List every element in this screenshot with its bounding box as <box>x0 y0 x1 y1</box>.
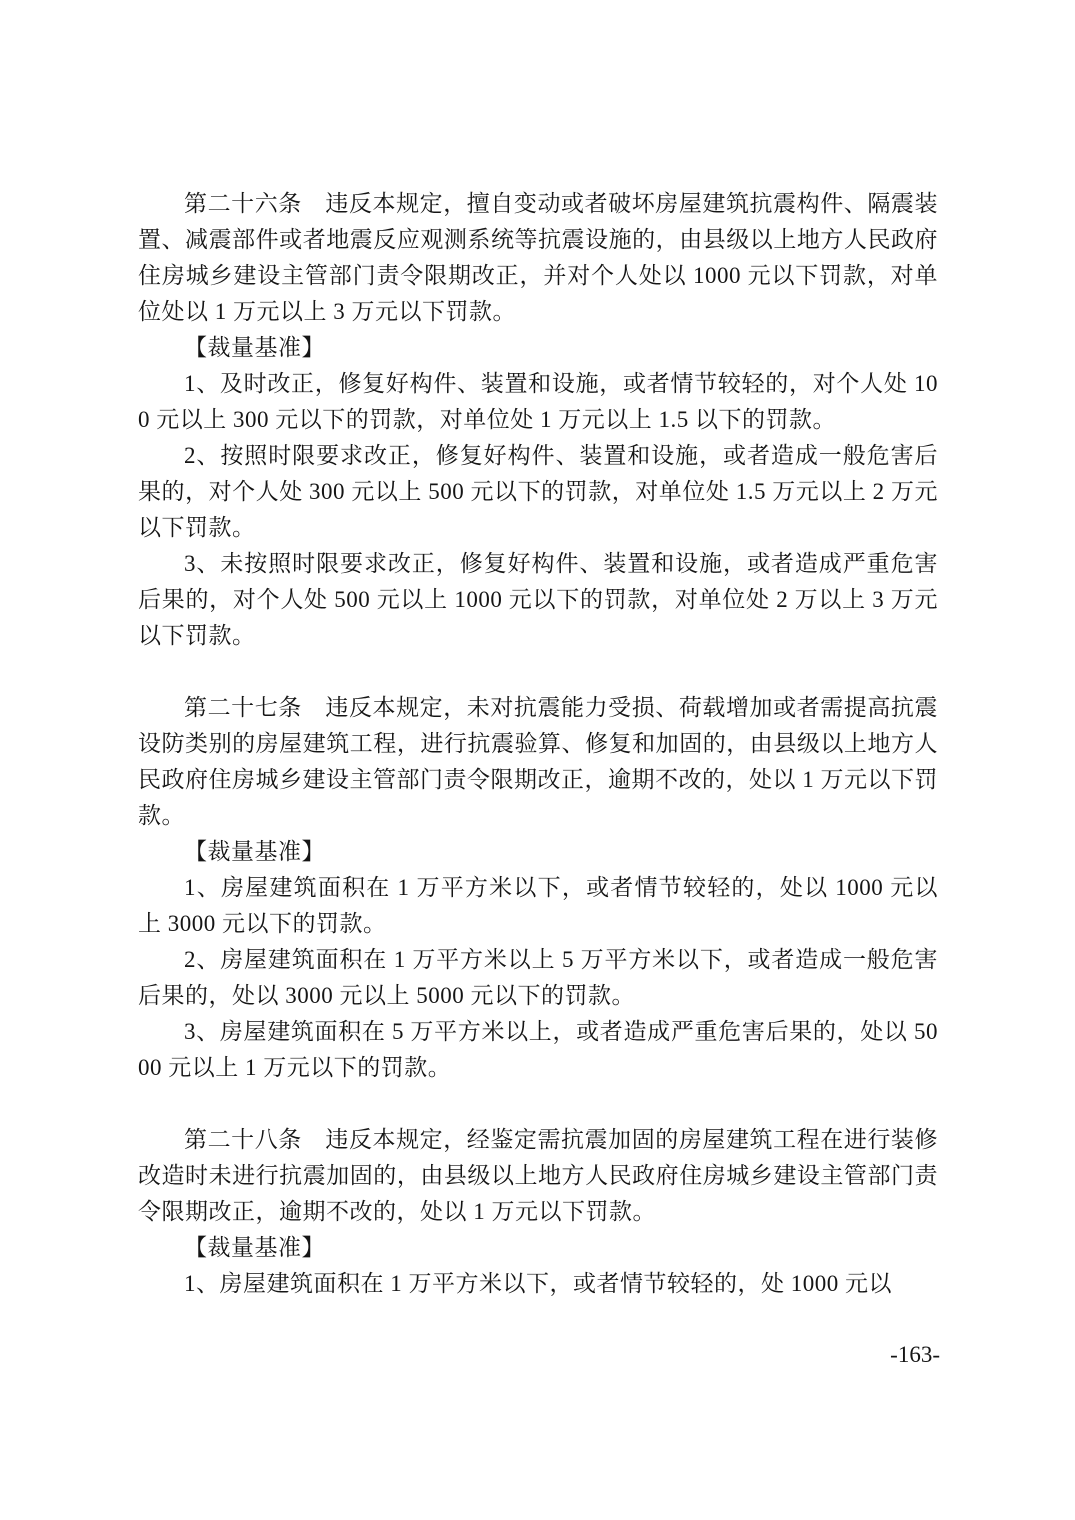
article-26-item-2: 2、按照时限要求改正，修复好构件、装置和设施，或者造成一般危害后果的，对个人处 … <box>138 438 938 546</box>
article-26-benchmark-heading: 【裁量基准】 <box>138 330 938 366</box>
article-26: 第二十六条 违反本规定，擅自变动或者破坏房屋建筑抗震构件、隔震装置、减震部件或者… <box>138 186 938 654</box>
article-26-item-1: 1、及时改正，修复好构件、装置和设施，或者情节较轻的，对个人处 100 元以上 … <box>138 366 938 438</box>
article-28-item-1-truncated: 1、房屋建筑面积在 1 万平方米以下，或者情节较轻的，处 1000 元以 <box>138 1266 938 1302</box>
document-page: 第二十六条 违反本规定，擅自变动或者破坏房屋建筑抗震构件、隔震装置、减震部件或者… <box>0 0 1075 1520</box>
article-28-body: 第二十八条 违反本规定，经鉴定需抗震加固的房屋建筑工程在进行装修改造时未进行抗震… <box>138 1122 938 1230</box>
article-27-item-3: 3、房屋建筑面积在 5 万平方米以上，或者造成严重危害后果的，处以 5000 元… <box>138 1014 938 1086</box>
article-26-body: 第二十六条 违反本规定，擅自变动或者破坏房屋建筑抗震构件、隔震装置、减震部件或者… <box>138 186 938 330</box>
page-content: 第二十六条 违反本规定，擅自变动或者破坏房屋建筑抗震构件、隔震装置、减震部件或者… <box>138 186 938 1302</box>
page-number: -163- <box>890 1340 940 1370</box>
article-26-item-3: 3、未按照时限要求改正，修复好构件、装置和设施，或者造成严重危害后果的，对个人处… <box>138 546 938 654</box>
article-27: 第二十七条 违反本规定，未对抗震能力受损、荷载增加或者需提高抗震设防类别的房屋建… <box>138 690 938 1086</box>
article-28-benchmark-heading: 【裁量基准】 <box>138 1230 938 1266</box>
article-27-benchmark-heading: 【裁量基准】 <box>138 834 938 870</box>
article-27-body: 第二十七条 违反本规定，未对抗震能力受损、荷载增加或者需提高抗震设防类别的房屋建… <box>138 690 938 834</box>
article-27-item-2: 2、房屋建筑面积在 1 万平方米以上 5 万平方米以下，或者造成一般危害后果的，… <box>138 942 938 1014</box>
article-27-item-1: 1、房屋建筑面积在 1 万平方米以下，或者情节较轻的，处以 1000 元以上 3… <box>138 870 938 942</box>
article-28: 第二十八条 违反本规定，经鉴定需抗震加固的房屋建筑工程在进行装修改造时未进行抗震… <box>138 1122 938 1302</box>
